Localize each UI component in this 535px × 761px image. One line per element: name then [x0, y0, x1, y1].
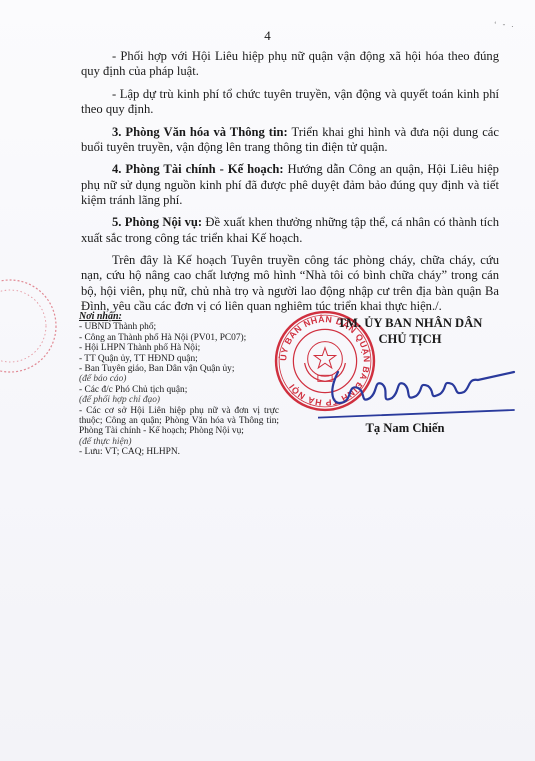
paragraph-heading: 4. Phòng Tài chính - Kế hoạch: [112, 162, 284, 176]
handwritten-signature-icon [318, 362, 518, 422]
ghost-stamp-icon [0, 276, 60, 376]
paragraph-heading: 3. Phòng Văn hóa và Thông tin: [112, 125, 288, 139]
paragraph-text: - Phối hợp với Hội Liêu hiệp phụ nữ quận… [81, 49, 499, 78]
signer-name: Tạ Nam Chiến [320, 421, 490, 436]
paragraph-text: - Lập dự trù kinh phí tổ chức tuyên truy… [81, 87, 499, 116]
recipient-note: (để báo cáo) [79, 374, 279, 384]
paragraph-heading: 5. Phòng Nội vụ: [112, 215, 202, 229]
paragraph: Trên đây là Kế hoạch Tuyên truyền công t… [81, 253, 499, 314]
signature-title-line1: TM. ỦY BAN NHÂN DÂN [290, 315, 530, 331]
recipient-item: - Ban Tuyên giáo, Ban Dân vận Quận ủy; [79, 364, 279, 374]
body-text: - Phối hợp với Hội Liêu hiệp phụ nữ quận… [81, 49, 499, 321]
paragraph: 4. Phòng Tài chính - Kế hoạch: Hướng dẫn… [81, 162, 499, 208]
recipient-item: - Các cơ sở Hội Liên hiệp phụ nữ và đơn … [79, 406, 279, 437]
paragraph: 3. Phòng Văn hóa và Thông tin: Triển kha… [81, 125, 499, 155]
recipient-item: - TT Quận ủy, TT HĐND quận; [79, 354, 279, 364]
recipient-note: (để phối hợp chỉ đạo) [79, 395, 279, 405]
signature-title-line2: CHỦ TỊCH [290, 331, 530, 347]
corner-mark: ‘ - . [494, 20, 520, 26]
recipient-item: - Các đ/c Phó Chủ tịch quận; [79, 385, 279, 395]
paragraph: - Lập dự trù kinh phí tổ chức tuyên truy… [81, 87, 499, 117]
recipient-note: (để thực hiện) [79, 437, 279, 447]
recipient-item: - UBND Thành phố; [79, 322, 279, 332]
signature-title: TM. ỦY BAN NHÂN DÂN CHỦ TỊCH [290, 315, 530, 347]
recipient-item: - Lưu: VT; CAQ; HLHPN. [79, 447, 279, 457]
recipient-item: - Hội LHPN Thành phố Hà Nội; [79, 343, 279, 353]
recipients-heading: Nơi nhận: [79, 312, 279, 322]
paragraph: 5. Phòng Nội vụ: Đề xuất khen thưởng nhữ… [81, 215, 499, 245]
recipient-lines: - UBND Thành phố;- Công an Thành phố Hà … [79, 322, 279, 457]
paragraph-text: Trên đây là Kế hoạch Tuyên truyền công t… [81, 253, 499, 313]
document-page: 4 ‘ - . - Phối hợp với Hội Liêu hiệp phụ… [0, 0, 535, 761]
recipients-list: Nơi nhận: - UBND Thành phố;- Công an Thà… [79, 312, 279, 458]
paragraph: - Phối hợp với Hội Liêu hiệp phụ nữ quận… [81, 49, 499, 79]
recipient-item: - Công an Thành phố Hà Nội (PV01, PC07); [79, 333, 279, 343]
page-number: 4 [0, 28, 535, 44]
